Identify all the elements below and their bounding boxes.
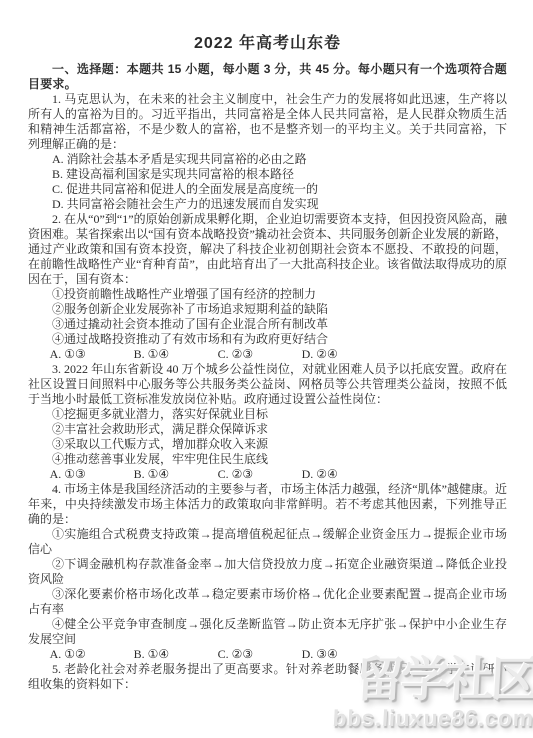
question-2-stem: 2. 在从“0”到“1”的原始创新成果孵化期，企业迫切需要资本支持，但因投资风险…	[28, 212, 507, 287]
question-4-choices: A. ①② B. ①④ C. ②③ D. ③④	[28, 647, 507, 662]
question-3-choice-b: B. ①④	[134, 467, 218, 482]
question-3-choice-c: C. ②③	[218, 467, 302, 482]
question-4-choice-b: B. ①④	[134, 647, 218, 662]
question-1-choice-c: C. 促进共同富裕和促进人的全面发展是高度统一的	[28, 182, 507, 197]
question-1: 1. 马克思认为，在未来的社会主义制度中，社会生产力的发展将如此迅速，生产将以所…	[28, 92, 507, 212]
question-5-stem: 5. 老龄化社会对养老服务提出了更高要求。针对养老助餐服务状况，某中学生调研小组…	[28, 662, 507, 692]
question-2-choice-b: B. ①④	[134, 347, 218, 362]
question-2-choice-d: D. ②④	[302, 347, 338, 362]
question-3-statement-3: ③采取以工代赈方式，增加群众收入来源	[28, 437, 507, 452]
question-1-choice-a: A. 消除社会基本矛盾是实现共同富裕的必由之路	[28, 152, 507, 167]
exam-title: 2022 年高考山东卷	[28, 30, 507, 53]
question-4-choice-d: D. ③④	[302, 647, 338, 662]
question-3-statement-4: ④推动慈善事业发展，牢牢兜住民生底线	[28, 452, 507, 467]
question-5: 5. 老龄化社会对养老服务提出了更高要求。针对养老助餐服务状况，某中学生调研小组…	[28, 662, 507, 692]
question-2-statement-4: ④通过战略投资推动了有效市场和有为政府更好结合	[28, 332, 507, 347]
question-1-stem: 1. 马克思认为，在未来的社会主义制度中，社会生产力的发展将如此迅速，生产将以所…	[28, 92, 507, 152]
question-2-statement-1: ①投资前瞻性战略性产业增强了国有经济的控制力	[28, 287, 507, 302]
question-2-choice-c: C. ②③	[218, 347, 302, 362]
question-4: 4. 市场主体是我国经济活动的主要参与者，市场主体活力越强，经济“肌体”越健康。…	[28, 482, 507, 662]
question-2-statement-2: ②服务创新企业发展弥补了市场追求短期利益的缺陷	[28, 302, 507, 317]
question-3-stem: 3. 2022 年山东省新设 40 万个城乡公益性岗位，对就业困难人员予以托底安…	[28, 362, 507, 407]
question-3-statement-2: ②丰富社会救助形式，满足群众保障诉求	[28, 422, 507, 437]
question-4-stem: 4. 市场主体是我国经济活动的主要参与者，市场主体活力越强，经济“肌体”越健康。…	[28, 482, 507, 527]
exam-paper-page: 2022 年高考山东卷 一、选择题：本题共 15 小题，每小题 3 分，共 45…	[0, 0, 533, 738]
question-3: 3. 2022 年山东省新设 40 万个城乡公益性岗位，对就业困难人员予以托底安…	[28, 362, 507, 482]
exam-content: 2022 年高考山东卷 一、选择题：本题共 15 小题，每小题 3 分，共 45…	[0, 0, 533, 692]
question-2-statement-3: ③通过撬动社会资本推动了国有企业混合所有制改革	[28, 317, 507, 332]
question-4-choice-c: C. ②③	[218, 647, 302, 662]
question-1-choice-b: B. 建设高福利国家是实现共同富裕的根本路径	[28, 167, 507, 182]
question-2-choice-a: A. ①③	[50, 347, 134, 362]
question-4-statement-2: ②下调金融机构存款准备金率→加大信贷投放力度→拓宽企业融资渠道→降低企业投资风险	[28, 557, 507, 587]
question-4-statement-3: ③深化要素价格市场化改革→稳定要素市场价格→优化企业要素配置→提高企业市场占有率	[28, 587, 507, 617]
question-3-choices: A. ①③ B. ①④ C. ②③ D. ②④	[28, 467, 507, 482]
question-4-choice-a: A. ①②	[50, 647, 134, 662]
question-1-choice-d: D. 共同富裕会随社会生产力的迅速发展而自发实现	[28, 197, 507, 212]
question-2-choices: A. ①③ B. ①④ C. ②③ D. ②④	[28, 347, 507, 362]
question-3-choice-d: D. ②④	[302, 467, 338, 482]
watermark-domain-text: bbs.liuxue86.com	[332, 707, 533, 730]
question-3-statement-1: ①挖掘更多就业潜力，落实好保就业目标	[28, 407, 507, 422]
question-3-choice-a: A. ①③	[50, 467, 134, 482]
question-4-statement-1: ①实施组合式税费支持政策→提高增值税起征点→缓解企业资金压力→提振企业市场信心	[28, 527, 507, 557]
section-instructions: 一、选择题：本题共 15 小题，每小题 3 分，共 45 分。每小题只有一个选项…	[28, 62, 507, 92]
question-4-statement-4: ④健全公平竞争审查制度→强化反垄断监管→防止资本无序扩张→保护中小企业生存发展空…	[28, 617, 507, 647]
question-2: 2. 在从“0”到“1”的原始创新成果孵化期，企业迫切需要资本支持，但因投资风险…	[28, 212, 507, 362]
